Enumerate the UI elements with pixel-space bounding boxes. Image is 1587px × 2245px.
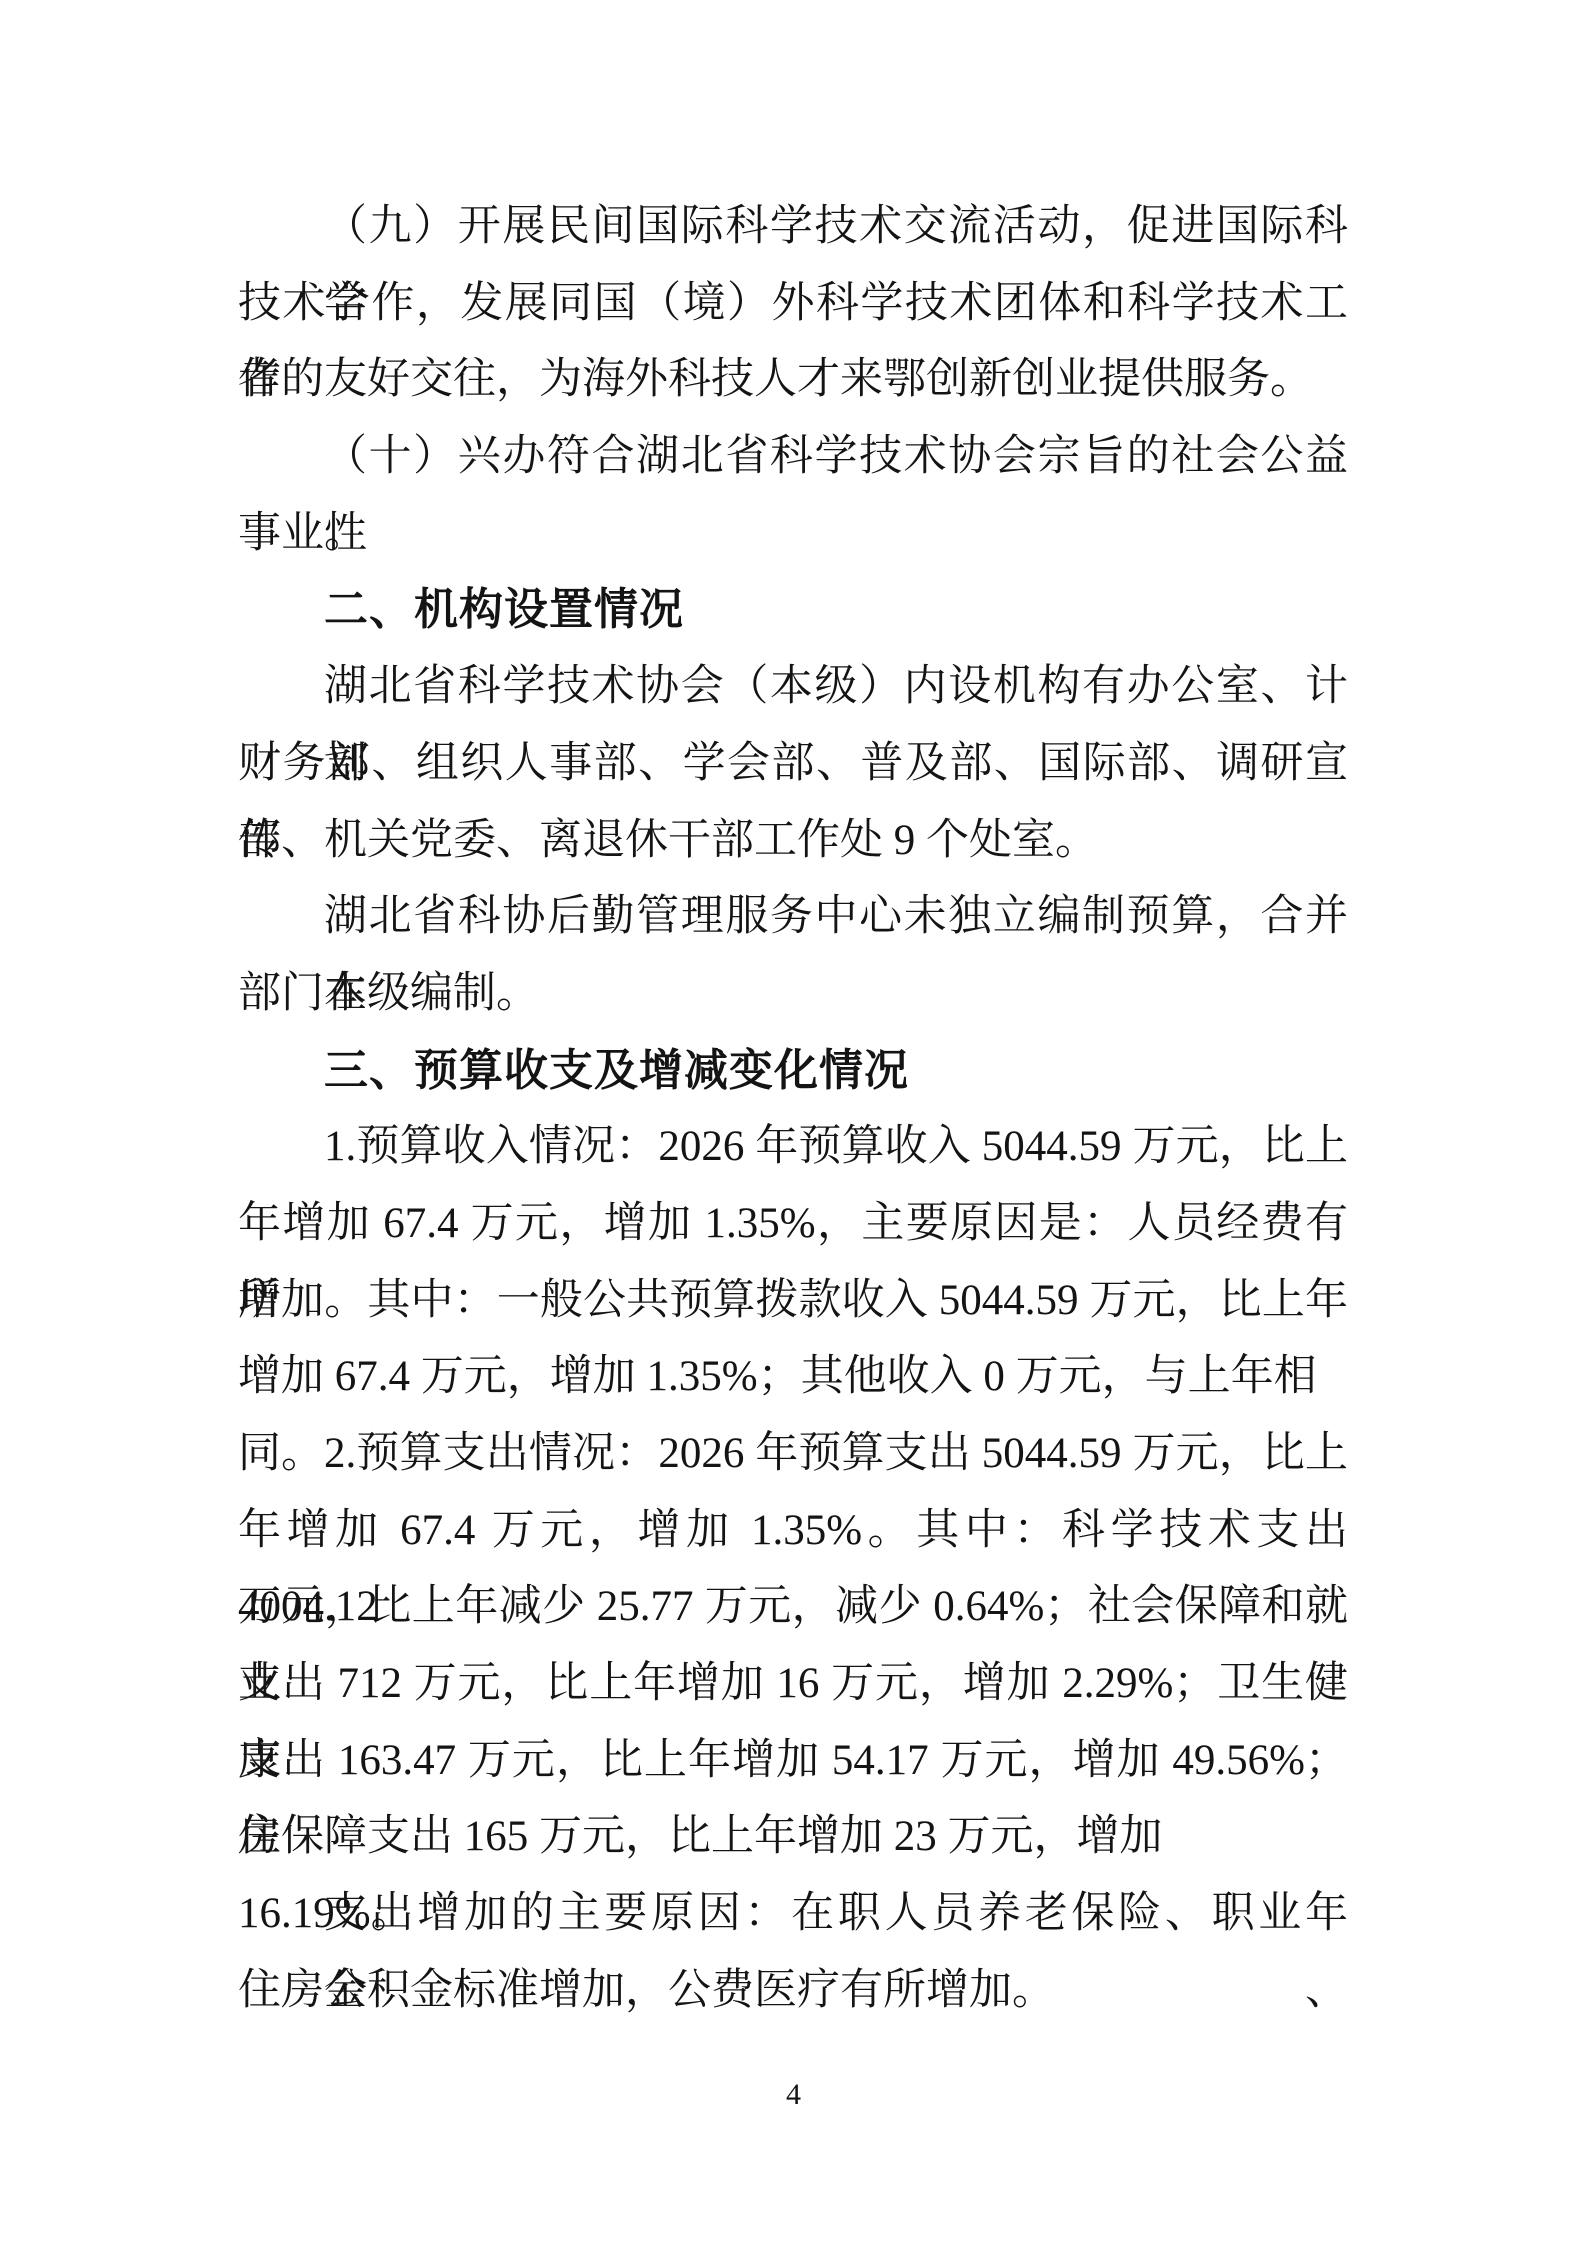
- text-line: 部门本级编制。: [238, 956, 1348, 1033]
- document-page: （九）开展民间国际科学技术交流活动，促进国际科学技术合作，发展同国（境）外科学技…: [0, 0, 1587, 2245]
- text-line: 支出 163.47 万元，比上年增加 54.17 万元，增加 49.56%；住: [238, 1723, 1348, 1800]
- text-line: 支出 712 万元，比上年增加 16 万元，增加 2.29%；卫生健康: [238, 1646, 1348, 1723]
- text-line: 1.预算收入情况：2026 年预算收入 5044.59 万元，比上: [238, 1109, 1348, 1186]
- section-heading: 三、预算收支及增减变化情况: [238, 1033, 1348, 1110]
- text-line: 事业。: [238, 496, 1348, 573]
- text-line: 2.预算支出情况：2026 年预算支出 5044.59 万元，比上: [238, 1416, 1348, 1493]
- text-line: 增加。其中：一般公共预算拨款收入 5044.59 万元，比上年: [238, 1263, 1348, 1340]
- text-line: 湖北省科学技术协会（本级）内设机构有办公室、计划: [238, 649, 1348, 726]
- text-line: 增加 67.4 万元，增加 1.35%；其他收入 0 万元，与上年相同。: [238, 1339, 1348, 1416]
- text-line: 技术合作，发展同国（境）外科学技术团体和科学技术工作: [238, 266, 1348, 343]
- document-body: （九）开展民间国际科学技术交流活动，促进国际科学技术合作，发展同国（境）外科学技…: [238, 189, 1348, 2030]
- text-line: 支出增加的主要原因：在职人员养老保险、职业年金、: [238, 1876, 1348, 1953]
- text-line: 年增加 67.4 万元，增加 1.35%。其中：科学技术支出 4004.12: [238, 1493, 1348, 1570]
- text-line: （九）开展民间国际科学技术交流活动，促进国际科学: [238, 189, 1348, 266]
- section-heading: 二、机构设置情况: [238, 572, 1348, 649]
- text-line: 年增加 67.4 万元，增加 1.35%，主要原因是：人员经费有所: [238, 1186, 1348, 1263]
- text-line: 者的友好交往，为海外科技人才来鄂创新创业提供服务。: [238, 342, 1348, 419]
- text-line: 湖北省科协后勤管理服务中心未独立编制预算，合并在: [238, 879, 1348, 956]
- text-line: 万元，比上年减少 25.77 万元，减少 0.64%；社会保障和就业: [238, 1569, 1348, 1646]
- text-line: 财务部、组织人事部、学会部、普及部、国际部、调研宣传: [238, 726, 1348, 803]
- text-line: 房保障支出 165 万元，比上年增加 23 万元，增加 16.19%。: [238, 1799, 1348, 1876]
- text-line: （十）兴办符合湖北省科学技术协会宗旨的社会公益性: [238, 419, 1348, 496]
- page-number: 4: [0, 2075, 1587, 2115]
- text-line: 部、机关党委、离退休干部工作处 9 个处室。: [238, 803, 1348, 880]
